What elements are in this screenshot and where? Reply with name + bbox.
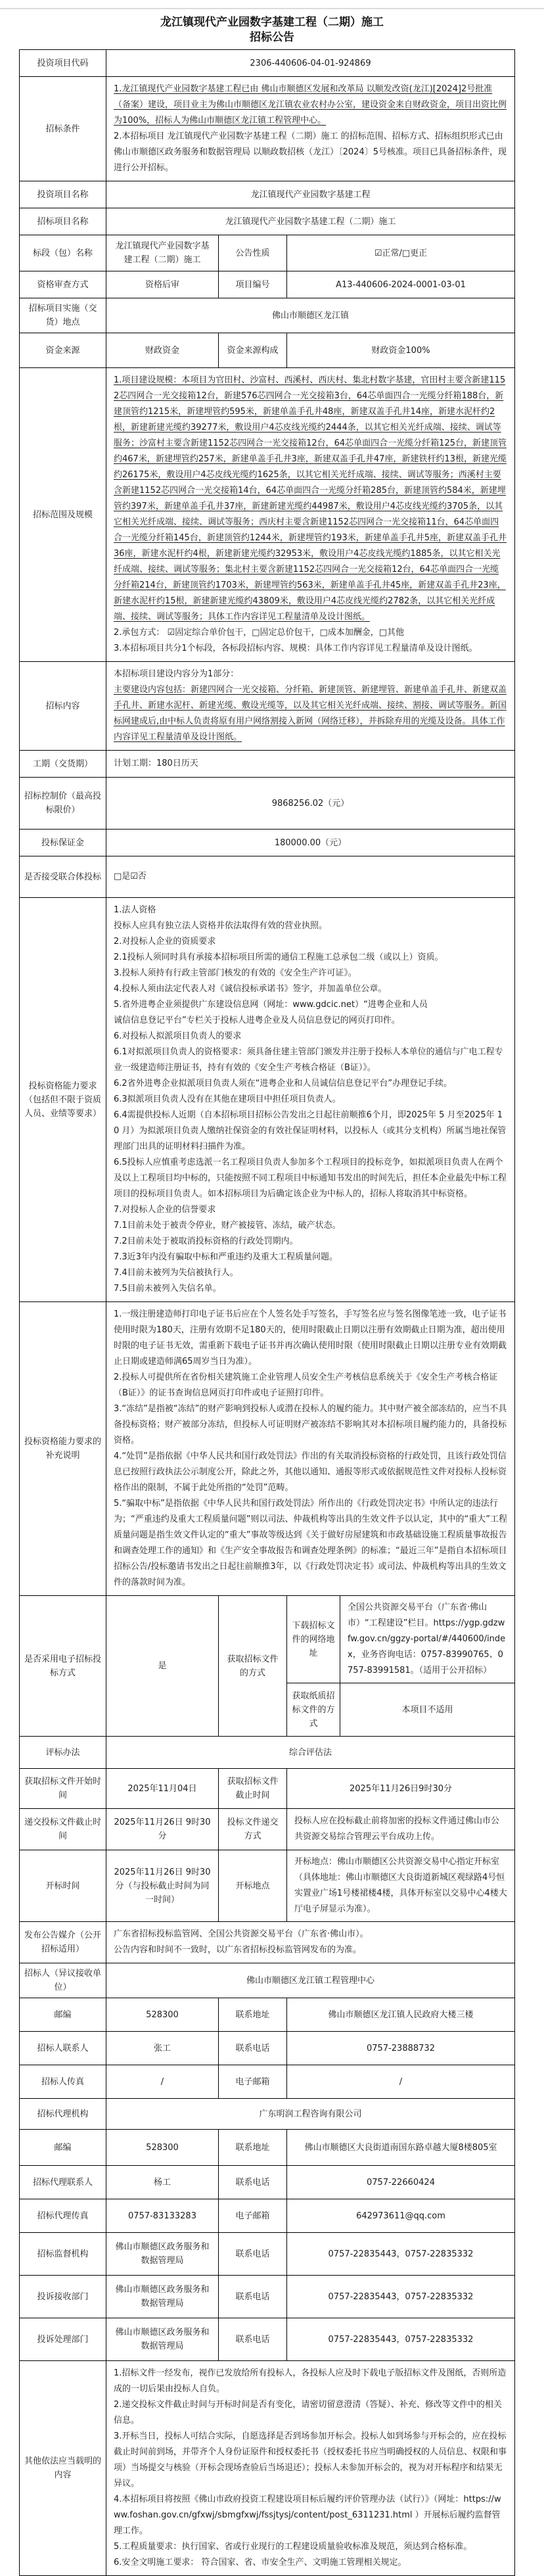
- row-agency-postcode-address: 邮编 528300 联系地址 佛山市顺德区大良街道南国东路卓越大厦8楼805室: [20, 2129, 514, 2165]
- field-label: 获取招标文件截止时间: [218, 1769, 286, 1808]
- field-label: 联系电话: [218, 2166, 286, 2199]
- paragraph: 1.法人资格: [114, 902, 507, 918]
- field-label: 开标时间: [20, 1850, 106, 1921]
- field-label: 投标保证金: [20, 830, 106, 856]
- paragraph: 7.3近3年内没有骗取中标和严重违约及重大工程质量问题。: [114, 1250, 507, 1265]
- row-tender-conditions: 招标条件 1.龙江镇现代产业园数字基建工程已由 佛山市顺德区发展和改革局 以顺发…: [20, 76, 514, 181]
- row-tenderer-fax-email: 招标人传真 / 电子邮箱 /: [20, 2065, 514, 2098]
- field-label: 资格审查方式: [20, 271, 106, 298]
- paragraph: 3.开标当日，投标人可结合实际，自愿选择是否到场参加开标会。投标人如到场参与开标…: [114, 2429, 507, 2492]
- row-electronic-bidding: 是否采用电子招标投标方式 是 获取招标文件的方式 下载招标文件的网络地址 全国公…: [20, 1595, 514, 1736]
- field-value: 佛山市顺德区政务服务和数据管理局: [106, 2276, 218, 2318]
- paragraph: 1.项目建设规模：本项目为官田村、沙富村、西溪村、西庆村、集北村数字基建，官田村…: [114, 373, 507, 625]
- field-label: 获取招标文件开始时间: [20, 1769, 106, 1808]
- field-value: 0757-23888732: [286, 2032, 514, 2065]
- field-value: 2025年11月26日 9时30分: [106, 1809, 218, 1850]
- row-bid-opening-time-place: 开标时间 2025年11月26日 9时30分（与投标截止时间为同一时间） 开标地…: [20, 1850, 514, 1921]
- paragraph: 公告内容和时间不一致时，以广东省招标投标监管网发布的为准。: [114, 1942, 507, 1958]
- field-label: 联系电话: [218, 2233, 286, 2275]
- field-label: 招标代理联系人: [20, 2166, 106, 2199]
- field-label: 邮编: [20, 2130, 106, 2165]
- row-bid-submission-deadline: 递交投标文件截止时间 2025年11月26日 9时30分 投标文件递交方式 投标…: [20, 1808, 514, 1850]
- field-label: 公告性质: [218, 235, 286, 271]
- row-bid-security: 投标保证金 180000.00（元）: [20, 829, 514, 856]
- field-label: 评标办法: [20, 1737, 106, 1768]
- page-subtitle: 招标公告: [0, 30, 544, 45]
- field-label: 招标人传真: [20, 2065, 106, 2098]
- field-label: 招标代理机构: [20, 2099, 106, 2129]
- paragraph: 6.对投标人拟派项目负责人的要求: [114, 1029, 507, 1044]
- paragraph: 2.递交投标文件截止时间与开标时间是否有变化，请密切留意澄清（答疑）、补充、修改…: [114, 2397, 507, 2429]
- field-label: 资金来源: [20, 333, 106, 367]
- row-tenderer: 招标人（异议接收单位） 佛山市顺德区龙江镇工程管理中心: [20, 1963, 514, 1998]
- field-value: 本项目不适用: [340, 1683, 514, 1736]
- paragraph: 投标人应具有独立法人资格并依法取得有效的营业执照。: [114, 918, 507, 934]
- paragraph: 3.“冻结”是指被“冻结”的财产影响到投标人或潜在投标人的履约能力。其中财产被全…: [114, 1401, 507, 1449]
- field-value: 0757-22835443，0757-22835332: [286, 2233, 514, 2275]
- field-value: 528300: [106, 2130, 218, 2165]
- field-value: 1.招标文件一经发布，视作已发放给所有投标人，各投标人应及时下载电子版招标文件及…: [106, 2361, 514, 2575]
- title-block: 龙江镇现代产业园数字基建工程（二期）施工 招标公告: [0, 15, 544, 45]
- row-fund-source: 资金来源 财政资金 资金来源构成 财政资金100%: [20, 333, 514, 367]
- field-value: 1.法人资格投标人应具有独立法人资格并依法取得有效的营业执照。2.对投标人企业的…: [106, 898, 514, 1301]
- field-label: 投标资格能力要求的补充说明: [20, 1302, 106, 1595]
- field-value: 642973611@qq.com: [286, 2199, 514, 2232]
- field-label: 招标范围及规模: [20, 368, 106, 661]
- field-value: 180000.00（元）: [106, 830, 514, 856]
- field-value: /: [106, 2065, 218, 2098]
- document-acquisition-subtable: 下载招标文件的网络地址 全国公共资源交易平台（广东省·佛山市）“工程建设”栏目。…: [286, 1596, 514, 1736]
- paragraph: 4.本招标项目将按照《佛山市政府投资工程建设项目标后履约评价管理办法（试行）》（…: [114, 2492, 507, 2539]
- paragraph: 2.本招标项目 龙江镇现代产业园数字基建工程（二期）施工 的招标范围、招标方式、…: [114, 129, 507, 176]
- paragraph: 6.安全文明施工要求： 符合国家、省、市安全生产、文明施工管理相关规定。: [114, 2555, 507, 2571]
- row-tenderer-contact: 招标人联系人 张工 联系电话 0757-23888732: [20, 2031, 514, 2065]
- field-label: 投标文件递交方式: [218, 1809, 286, 1850]
- paragraph: 7.1目前未处于被责令停业，财产被接管、冻结，破产状态。: [114, 1218, 507, 1234]
- row-complaint-handling-department: 投诉处理部门 佛山市顺德区政务服务和数据管理局 联系电话 0757-228354…: [20, 2318, 514, 2360]
- field-label: 招标内容: [20, 662, 106, 750]
- paragraph: 3.投标人须持有行政主管部门核发的有效的《安全生产许可证》。: [114, 966, 507, 981]
- field-label: 联系电话: [218, 2032, 286, 2065]
- paragraph: 2.投标人可提供所在省份相关建筑施工企业管理人员安全生产考核信息系统关于《安全生…: [114, 1370, 507, 1401]
- field-label: 是否采用电子招标投标方式: [20, 1596, 106, 1736]
- field-label: 投资项目代码: [20, 50, 106, 76]
- field-value: 9868256.02（元）: [106, 778, 514, 829]
- row-tender-content: 招标内容 本招标项目建设内容分为1部分：主要建设内容包括：新建四网合一光交接箱、…: [20, 661, 514, 750]
- row-agency-fax-email: 招标代理传真 0757-83133283 电子邮箱 642973611@qq.c…: [20, 2199, 514, 2232]
- row-agency-contact: 招标代理联系人 杨工 联系电话 0757-22660424: [20, 2165, 514, 2199]
- field-label: 是否接受联合体投标: [20, 856, 106, 897]
- field-label: 获取招标文件的方式: [218, 1596, 286, 1736]
- paragraph: 7.4目前未被列为失信被执行人。: [114, 1265, 507, 1281]
- field-label: 招标控制价（最高投标限价）: [20, 778, 106, 829]
- field-value: 龙江镇现代产业园数字基建工程（二期）施工: [106, 235, 218, 271]
- row-tender-agency: 招标代理机构 广东明润工程咨询有限公司: [20, 2098, 514, 2129]
- consortium-checkbox-text: □是☑否: [106, 856, 514, 897]
- row-section-name-notice-nature: 标段（包）名称 龙江镇现代产业园数字基建工程（二期）施工 公告性质 ☑正常/□更…: [20, 235, 514, 271]
- notice-nature-checkbox-text: ☑正常/□更正: [286, 235, 514, 271]
- paragraph: 6.1对拟派项目负责人的资格要求：须具备住建主管部门颁发并注册于投标人本单位的通…: [114, 1044, 507, 1076]
- row-tender-control-price: 招标控制价（最高投标限价） 9868256.02（元）: [20, 777, 514, 829]
- field-label: 招标监督机构: [20, 2233, 106, 2275]
- field-label: 投标资格能力要求（包括但不限于资质人员、业绩等要求）: [20, 898, 106, 1301]
- field-value: 投标人应在投标截止前将加密的投标文件通过佛山市公共资源交易综合管理云平台成功上传…: [286, 1809, 514, 1850]
- field-label: 邮编: [20, 1998, 106, 2031]
- field-label: 招标条件: [20, 77, 106, 181]
- field-value: 广东明润工程咨询有限公司: [106, 2099, 514, 2129]
- row-delivery-location: 招标项目实施（交货）地点 佛山市顺德区龙江镇: [20, 298, 514, 333]
- field-value: 计划工期：180日历天: [106, 751, 514, 777]
- field-label: 联系电话: [218, 2276, 286, 2318]
- field-value: 1.一级注册建造师打印电子证书后应在个人签名处手写签名，手写签名应与签名图像笔迹…: [106, 1302, 514, 1595]
- paragraph: 1.一级注册建造师打印电子证书后应在个人签名处手写签名，手写签名应与签名图像笔迹…: [114, 1307, 507, 1370]
- field-label: 招标代理传真: [20, 2199, 106, 2232]
- field-label: 投资项目名称: [20, 181, 106, 208]
- field-label: 下载招标文件的网络地址: [287, 1596, 340, 1683]
- row-investment-project-code: 投资项目代码 2306-440606-04-01-924869: [20, 50, 514, 76]
- download-address-text: 全国公共资源交易平台（广东省·佛山市）“工程建设”栏目。https://ygp.…: [340, 1596, 514, 1683]
- paragraph: 2.对投标人企业的资质要求: [114, 934, 507, 950]
- row-tender-scope-scale: 招标范围及规模 1.项目建设规模：本项目为官田村、沙富村、西溪村、西庆村、集北村…: [20, 367, 514, 661]
- row-construction-period: 工期（交货期） 计划工期：180日历天: [20, 750, 514, 777]
- field-value: 财政资金100%: [286, 333, 514, 367]
- paragraph: 6.2省外进粤企业拟派项目负责人须在“进粤企业和人员诚信信息登记平台”办理登记手…: [114, 1076, 507, 1092]
- paragraph: 5.省外进粤企业须提供广东建设信息网（网址：www.gdcic.net）“进粤企…: [114, 997, 507, 1013]
- field-label: 联系电话: [218, 2318, 286, 2360]
- field-value: 张工: [106, 2032, 218, 2065]
- field-value: 龙江镇现代产业园数字基建工程（二期）施工: [106, 208, 514, 235]
- page-title: 龙江镇现代产业园数字基建工程（二期）施工: [0, 15, 544, 30]
- field-value: 佛山市顺德区大良街道南国东路卓越大厦8楼805室: [286, 2130, 514, 2165]
- field-value: 0757-22835443，0757-22835332: [286, 2318, 514, 2360]
- paragraph: 6.3拟派项目负责人没有在其他在建项目中担任项目负责人。: [114, 1092, 507, 1108]
- paragraph: 4.投标人须由法定代表人对《诚信投标承诺书》签字，并加盖单位公章。: [114, 981, 507, 997]
- field-label: 电子邮箱: [218, 2199, 286, 2232]
- field-value: /: [286, 2065, 514, 2098]
- field-value: 2025年11月04日: [106, 1769, 218, 1808]
- paragraph: 6.4需提供投标人近期（自本招标项目招标公告发出之日起往前顺推6个月，即2025…: [114, 1108, 507, 1155]
- field-label: 标段（包）名称: [20, 235, 106, 271]
- subrow-download-address: 下载招标文件的网络地址 全国公共资源交易平台（广东省·佛山市）“工程建设”栏目。…: [287, 1596, 514, 1683]
- field-label: 联系地址: [218, 2130, 286, 2165]
- field-value: 杨工: [106, 2166, 218, 2199]
- paragraph: 5.“骗取中标”是指依据《中华人民共和国行政处罚法》所作出的《行政处罚决定书》中…: [114, 1496, 507, 1591]
- field-value: 龙江镇现代产业园数字基建工程: [106, 181, 514, 208]
- field-label: 获取纸质招标文件的方式: [287, 1683, 340, 1736]
- field-label: 招标项目名称: [20, 208, 106, 235]
- field-label: 开标地点: [218, 1850, 286, 1921]
- field-value: 财政资金: [106, 333, 218, 367]
- field-value: 是: [106, 1596, 218, 1736]
- field-value: A13-440606-2024-0001-03-01: [286, 271, 514, 298]
- field-value: 本招标项目建设内容分为1部分：主要建设内容包括：新建四网合一光交接箱、分纤箱、新…: [106, 662, 514, 750]
- field-value: 2025年11月26日 9时30分（与投标截止时间为同一时间）: [106, 1850, 218, 1921]
- row-complaint-receiving-department: 投诉接收部门 佛山市顺德区政务服务和数据管理局 联系电话 0757-228354…: [20, 2275, 514, 2318]
- field-value: 0757-22660424: [286, 2166, 514, 2199]
- field-value: 2025年11月26日9时30分: [286, 1769, 514, 1808]
- field-label: 递交投标文件截止时间: [20, 1809, 106, 1850]
- field-label: 招标项目实施（交货）地点: [20, 298, 106, 333]
- paragraph: 5.工程质量要求：执行国家、省或行业现行的工程建设质量验收标准及规范，须达到合格…: [114, 2539, 507, 2555]
- field-label: 投诉处理部门: [20, 2318, 106, 2360]
- paragraph: 1.龙江镇现代产业园数字基建工程已由 佛山市顺德区发展和改革局 以顺发改资(龙江…: [114, 82, 507, 129]
- field-value: 资格后审: [106, 271, 218, 298]
- paragraph: 7.2目前未处于被取消投标资格的行政处罚期内。: [114, 1234, 507, 1250]
- field-label: 工期（交货期）: [20, 751, 106, 777]
- paragraph: 7.对投标人企业的信誉要求: [114, 1202, 507, 1218]
- field-value: 1.龙江镇现代产业园数字基建工程已由 佛山市顺德区发展和改革局 以顺发改资(龙江…: [106, 77, 514, 181]
- field-label: 招标人联系人: [20, 2032, 106, 2065]
- row-tender-project-name: 招标项目名称 龙江镇现代产业园数字基建工程（二期）施工: [20, 208, 514, 235]
- field-value: 佛山市顺德区政务服务和数据管理局: [106, 2233, 218, 2275]
- page-top-divider: [0, 8, 544, 9]
- paragraph: 本招标项目建设内容分为1部分：: [114, 667, 507, 682]
- field-value: 佛山市顺德区龙江镇人民政府大楼三楼: [286, 1998, 514, 2031]
- paragraph: 广东省招标投标监管网、全国公共资源交易平台（广东省·佛山市）。: [114, 1927, 507, 1942]
- row-investment-project-name: 投资项目名称 龙江镇现代产业园数字基建工程: [20, 181, 514, 208]
- field-label: 电子邮箱: [218, 2065, 286, 2098]
- field-value: 2306-440606-04-01-924869: [106, 50, 514, 76]
- row-document-acquisition-time: 获取招标文件开始时间 2025年11月04日 获取招标文件截止时间 2025年1…: [20, 1768, 514, 1808]
- field-label: 项目编号: [218, 271, 286, 298]
- paragraph: 6.5投标人应慎重考虑选派一名工程项目负责人参加多个工程项目的投标竞争，如拟派项…: [114, 1155, 507, 1202]
- row-evaluation-method: 评标办法 综合评估法: [20, 1736, 514, 1768]
- row-other-required-content: 其他依法应当载明的内容 1.招标文件一经发布，视作已发放给所有投标人，各投标人应…: [20, 2360, 514, 2575]
- paragraph: 2.承包方式： ☑固定综合单价包干，□固定总价包干，□成本加酬金，□其他: [114, 625, 507, 641]
- row-consortium-bidding: 是否接受联合体投标 □是☑否: [20, 856, 514, 897]
- field-value: 广东省招标投标监管网、全国公共资源交易平台（广东省·佛山市）。公告内容和时间不一…: [106, 1922, 514, 1963]
- row-tenderer-postcode-address: 邮编 528300 联系地址 佛山市顺德区龙江镇人民政府大楼三楼: [20, 1998, 514, 2031]
- row-qualification-review-project-number: 资格审查方式 资格后审 项目编号 A13-440606-2024-0001-03…: [20, 271, 514, 298]
- field-label: 其他依法应当载明的内容: [20, 2361, 106, 2575]
- field-label: 联系地址: [218, 1998, 286, 2031]
- field-value: 0757-22835443，0757-22835332: [286, 2276, 514, 2318]
- subrow-paper-document: 获取纸质招标文件的方式 本项目不适用: [287, 1683, 514, 1736]
- field-label: 发布公告媒介（公开招标适用）: [20, 1922, 106, 1963]
- field-value: 开标地点：佛山市顺德区公共资源交易中心指定开标室（具体地址：佛山市顺德区大良街道…: [286, 1850, 514, 1921]
- field-value: 佛山市顺德区龙江镇: [106, 298, 514, 333]
- field-value: 1.项目建设规模：本项目为官田村、沙富村、西溪村、西庆村、集北村数字基建，官田村…: [106, 368, 514, 661]
- tender-notice-table: 投资项目代码 2306-440606-04-01-924869 招标条件 1.龙…: [19, 49, 515, 2576]
- field-value: 综合评估法: [106, 1737, 514, 1768]
- paragraph: 4.“处罚”是指依据《中华人民共和国行政处罚法》作出的有关取消投标资格的行政处罚…: [114, 1449, 507, 1496]
- paragraph: 1.招标文件一经发布，视作已发放给所有投标人，各投标人应及时下载电子版招标文件及…: [114, 2366, 507, 2397]
- field-label: 投诉接收部门: [20, 2276, 106, 2318]
- paragraph: 7.5目前未被列入失信名单。: [114, 1281, 507, 1297]
- field-label: 资金来源构成: [218, 333, 286, 367]
- field-value: 佛山市顺德区政务服务和数据管理局: [106, 2318, 218, 2360]
- field-value: 佛山市顺德区龙江镇工程管理中心: [106, 1963, 514, 1998]
- row-qualification-supplementary-notes: 投标资格能力要求的补充说明 1.一级注册建造师打印电子证书后应在个人签名处手写签…: [20, 1301, 514, 1595]
- field-value: 528300: [106, 1998, 218, 2031]
- row-bidder-qualification-requirements: 投标资格能力要求（包括但不限于资质人员、业绩等要求） 1.法人资格投标人应具有独…: [20, 897, 514, 1301]
- paragraph: 2.1投标人须同时具有承接本招标项目所需的通信工程施工总承包二级（或以上）资质。: [114, 950, 507, 966]
- paragraph: 主要建设内容包括：新建四网合一光交接箱、分纤箱、新建顶管、新建埋管、新建单盖手孔…: [114, 682, 507, 745]
- paragraph: 3.本招标项目共分1个标段，各标段招标内容、规模：具体工作内容详见工程量清单及设…: [114, 641, 507, 657]
- field-value: 0757-83133283: [106, 2199, 218, 2232]
- paragraph: 诚信信息登记平台”专栏关于投标人进粤企业及人员信息登记的网页打印件。: [114, 1013, 507, 1029]
- field-label: 招标人（异议接收单位）: [20, 1963, 106, 1998]
- row-supervision-agency: 招标监督机构 佛山市顺德区政务服务和数据管理局 联系电话 0757-228354…: [20, 2232, 514, 2275]
- row-announcement-media: 发布公告媒介（公开招标适用） 广东省招标投标监管网、全国公共资源交易平台（广东省…: [20, 1921, 514, 1963]
